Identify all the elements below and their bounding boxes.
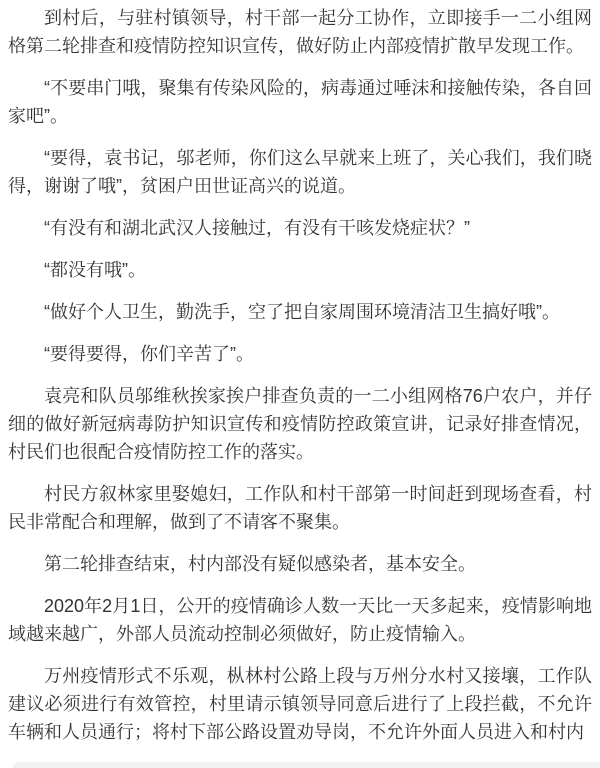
paragraph-1: 到村后，与驻村镇领导，村干部一起分工协作，立即接手一二小组网格第二轮排查和疫情防… bbox=[8, 4, 592, 60]
article-page: 到村后，与驻村镇领导，村干部一起分工协作，立即接手一二小组网格第二轮排查和疫情防… bbox=[0, 0, 600, 768]
paragraph-6: “做好个人卫生，勤洗手，空了把自家周围环境清洁卫生搞好哦”。 bbox=[8, 298, 592, 326]
paragraph-11: 2020年2月1日，公开的疫情确诊人数一天比一天多起来，疫情影响地域越来越广，外… bbox=[8, 592, 592, 648]
paragraph-2: “不要串门哦，聚集有传染风险的，病毒通过唾沫和接触传染，各自回家吧”。 bbox=[8, 74, 592, 130]
paragraph-3: “要得，袁书记，邬老师，你们这么早就来上班了，关心我们，我们晓得，谢谢了哦”，贫… bbox=[8, 144, 592, 200]
paragraph-8: 袁亮和队员邬维秋挨家挨户排查负责的一二小组网格76户农户，并仔细的做好新冠病毒防… bbox=[8, 382, 592, 466]
partial-panel-top-edge bbox=[13, 762, 600, 768]
paragraph-7: “要得要得，你们辛苦了”。 bbox=[8, 340, 592, 368]
paragraph-4: “有没有和湖北武汉人接触过，有没有干咳发烧症状？” bbox=[8, 214, 592, 242]
paragraph-12: 万州疫情形式不乐观，枞林村公路上段与万州分水村又接壤，工作队建议必须进行有效管控… bbox=[8, 662, 592, 746]
paragraph-10: 第二轮排查结束，村内部没有疑似感染者，基本安全。 bbox=[8, 550, 592, 578]
paragraph-9: 村民方叙林家里娶媳妇，工作队和村干部第一时间赶到现场查看，村民非常配合和理解，做… bbox=[8, 480, 592, 536]
paragraph-5: “都没有哦”。 bbox=[8, 256, 592, 284]
